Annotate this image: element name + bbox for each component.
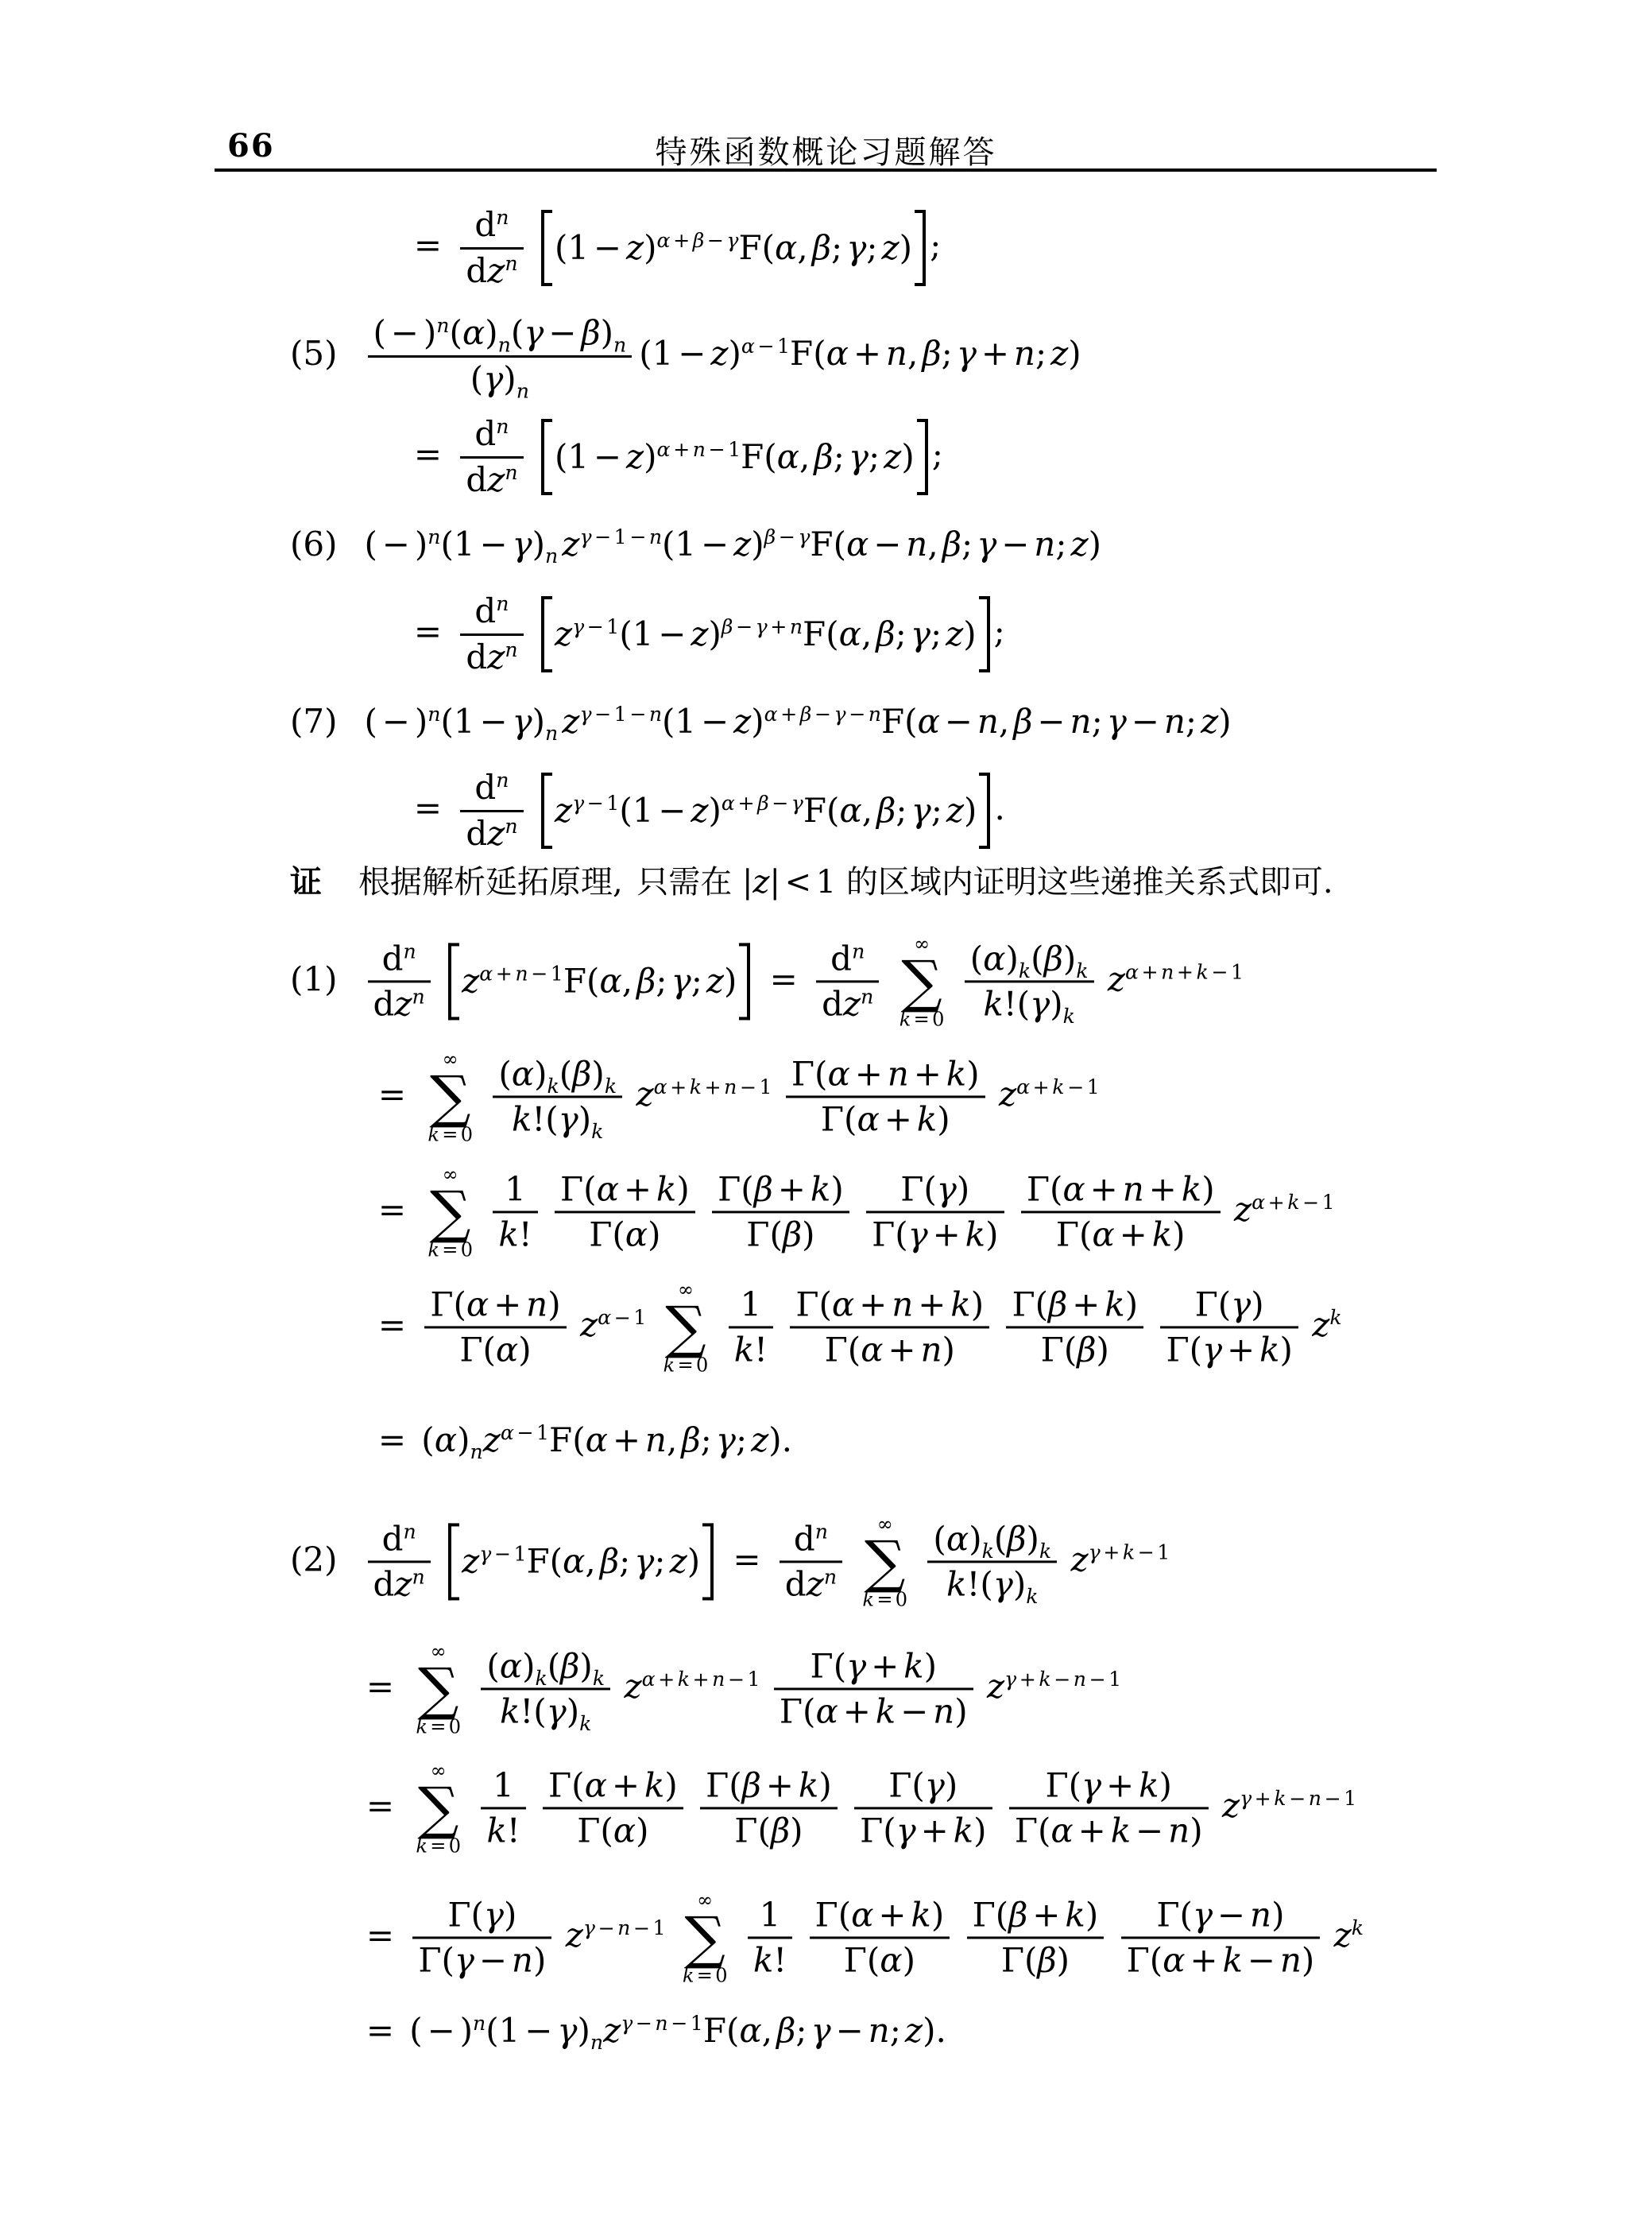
derivation-1-label: (1) [290,959,338,998]
proof-label: 证 [290,863,322,901]
eq-5-math: (−)n(α)n(γ−β)n(γ)n(1−z)α−1F(α+n,β;γ+n;z) [365,334,1081,373]
eq-5-label: (5) [290,334,338,373]
eq-7-math: (−)n(1−γ)nzγ−1−n(1−z)α+β−γ−nF(α−n,β−n;γ−… [365,702,1232,741]
eq-6: (6)(−)n(1−γ)nzγ−1−n(1−z)β−γF(α−n,β;γ−n;z… [290,525,1101,564]
derivation-2-line-3: = ∞∑k=0 1k! Γ(α+k)Γ(α) Γ(β+k)Γ(β) Γ(γ)Γ(… [362,1760,1356,1856]
derivation-2-line-4: = Γ(γ)Γ(γ−n) zγ−n−1 ∞∑k=0 1k! Γ(α+k)Γ(α)… [362,1889,1364,1985]
proof-text: 根据解析延拓原理, 只需在 |z|<1 的区域内证明这些递推关系式即可. [358,864,1333,901]
proof-paragraph: 证根据解析延拓原理, 只需在 |z|<1 的区域内证明这些递推关系式即可. [290,864,1333,901]
running-title: 特殊函数概论习题解答 [0,127,1652,172]
derivation-1-line-1: (1)dndzn zα+n−1F(α,β;γ;z) = dndzn ∞∑k=0 … [290,933,1244,1029]
derivation-1-line-3: = ∞∑k=0 1k! Γ(α+k)Γ(α) Γ(β+k)Γ(β) Γ(γ)Γ(… [373,1164,1335,1260]
derivation-1-line-4: = Γ(α+n)Γ(α) zα−1 ∞∑k=0 1k! Γ(α+n+k)Γ(α+… [373,1279,1342,1375]
eq-6-continuation: = dndzn zγ−1(1−z)β−γ+nF(α,β;γ;z); [409,590,1009,679]
eq-7-continuation: = dndzn zγ−1(1−z)α+β−γF(α,β;γ;z). [409,766,1005,855]
eq-7: (7)(−)n(1−γ)nzγ−1−n(1−z)α+β−γ−nF(α−n,β−n… [290,703,1232,741]
derivation-2-line-2: = ∞∑k=0 (α)k(β)kk!(γ)k zα+k+n−1 Γ(γ+k)Γ(… [362,1641,1121,1737]
derivation-2-label: (2) [290,1540,338,1579]
derivation-1-math: dndzn zα+n−1F(α,β;γ;z) = dndzn ∞∑k=0 (α)… [365,959,1244,998]
eq-6-math: (−)n(1−γ)nzγ−1−n(1−z)β−γF(α−n,β;γ−n;z) [365,525,1102,564]
derivation-2-line-1: (2)dndzn zγ−1F(α,β;γ;z) = dndzn ∞∑k=0 (α… [290,1513,1170,1610]
derivation-1-line-2: = ∞∑k=0 (α)k(β)kk!(γ)k zα+k+n−1 Γ(α+n+k)… [373,1048,1100,1145]
eq-5-continuation: = dndzn (1−z)α+n−1F(α,β;γ;z); [409,413,947,502]
book-page: 66 特殊函数概论习题解答 = dndzn (1−z)α+β−γF(α,β;γ;… [0,0,1652,2216]
header-rule [215,169,1437,172]
eq-4-continuation: = dndzn (1−z)α+β−γF(α,β;γ;z); [409,203,945,292]
derivation-2-line-5: = (−)n(1−γ)nzγ−n−1F(α,β;γ−n;z). [362,2012,946,2050]
eq-7-label: (7) [290,702,338,741]
eq-6-label: (6) [290,525,338,564]
derivation-1-line-5: = (α)nzα−1F(α+n,β;γ;z). [373,1421,792,1459]
eq-5: (5)(−)n(α)n(γ−β)n(γ)n(1−z)α−1F(α+n,β;γ+n… [290,312,1081,401]
derivation-2-math: dndzn zγ−1F(α,β;γ;z) = dndzn ∞∑k=0 (α)k(… [365,1540,1170,1579]
